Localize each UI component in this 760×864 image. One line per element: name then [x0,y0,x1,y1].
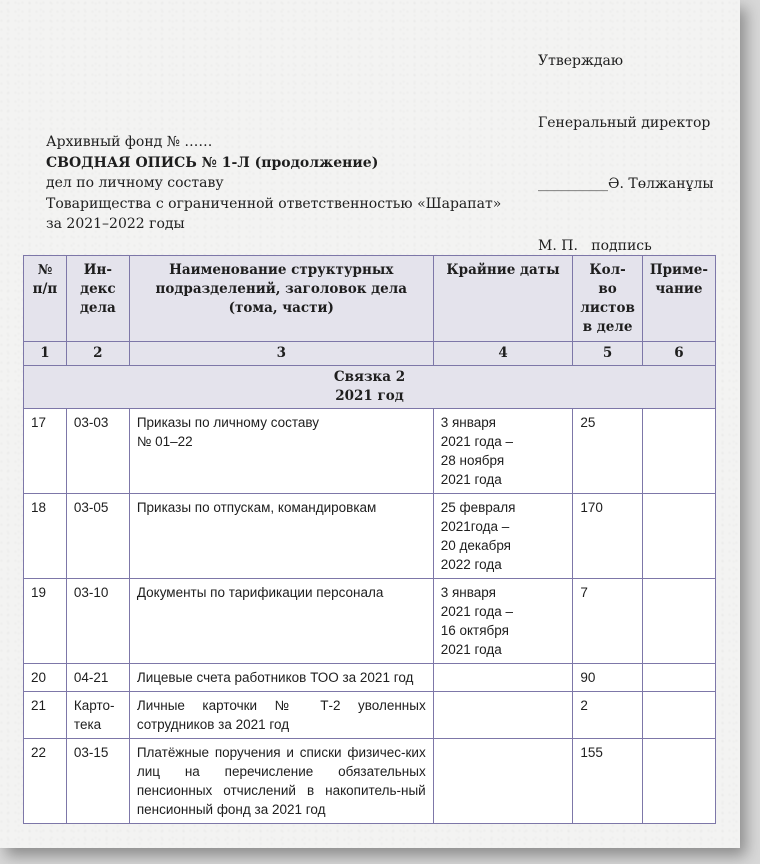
cell-index: 03-03 [66,409,129,494]
cell-title: Платёжные поручения и списки физичес-ких… [129,739,433,824]
cell-sheets: 155 [573,739,643,824]
header-title: Наименование структурныхподразделений, з… [129,256,433,342]
bundle-year: 2021 год [26,387,713,406]
header-index: Ин-дексдела [66,256,129,342]
inventory-table: №п/п Ин-дексдела Наименование структурны… [23,255,716,824]
cell-sheets: 25 [573,409,643,494]
cell-dates: 3 января 2021 года – 16 октября 2021 год… [433,579,573,664]
table-row: 21Карто- текаЛичные карточки № Т-2 уволе… [24,692,716,739]
cell-sheets: 7 [573,579,643,664]
column-number-row: 1 2 3 4 5 6 [24,342,716,366]
cell-num: 19 [24,579,67,664]
cell-title: Приказы по отпускам, командировкам [129,494,433,579]
cell-index: 03-15 [66,739,129,824]
cell-sheets: 2 [573,692,643,739]
cell-num: 22 [24,739,67,824]
column-number: 6 [642,342,715,366]
cell-num: 21 [24,692,67,739]
cell-index: 03-05 [66,494,129,579]
subtitle: дел по личному составу [46,173,501,194]
cell-note [642,494,715,579]
cell-title: Лицевые счета работников ТОО за 2021 год [129,664,433,692]
header-num: №п/п [24,256,67,342]
approval-line: Генеральный директор [538,113,714,134]
approval-line: Утверждаю [538,51,714,72]
cell-note [642,692,715,739]
column-number: 5 [573,342,643,366]
column-number: 4 [433,342,573,366]
period: за 2021–2022 годы [46,214,501,235]
cell-num: 17 [24,409,67,494]
fund-number: Архивный фонд № …… [46,132,501,153]
table-row: 1803-05Приказы по отпускам, командировка… [24,494,716,579]
header-sheets: Кол-волистовв деле [573,256,643,342]
table-row: 2004-21Лицевые счета работников ТОО за 2… [24,664,716,692]
approval-line: __________Ә. Төлжанұлы [538,174,714,195]
table-row: 1703-03Приказы по личному составу № 01–2… [24,409,716,494]
cell-dates: 25 февраля 2021года – 20 декабря 2022 го… [433,494,573,579]
document-heading: Архивный фонд № …… СВОДНАЯ ОПИСЬ № 1-Л (… [46,132,501,235]
cell-dates [433,739,573,824]
column-number: 3 [129,342,433,366]
cell-index: 03-10 [66,579,129,664]
cell-note [642,579,715,664]
bundle-row: Связка 2 2021 год [24,366,716,409]
document-title: СВОДНАЯ ОПИСЬ № 1-Л (продолжение) [46,153,501,174]
table-row: 2203-15Платёжные поручения и списки физи… [24,739,716,824]
column-number: 2 [66,342,129,366]
cell-dates [433,664,573,692]
cell-dates [433,692,573,739]
cell-sheets: 90 [573,664,643,692]
cell-index: 04-21 [66,664,129,692]
header-dates: Крайние даты [433,256,573,342]
header-row: №п/п Ин-дексдела Наименование структурны… [24,256,716,342]
bundle-name: Связка 2 [26,368,713,387]
approval-line: М. П. подпись [538,236,714,257]
cell-note [642,409,715,494]
cell-note [642,664,715,692]
cell-num: 20 [24,664,67,692]
cell-index: Карто- тека [66,692,129,739]
cell-title: Личные карточки № Т-2 уволенных сотрудни… [129,692,433,739]
table-row: 1903-10Документы по тарификации персонал… [24,579,716,664]
cell-num: 18 [24,494,67,579]
column-number: 1 [24,342,67,366]
cell-title: Приказы по личному составу № 01–22 [129,409,433,494]
cell-note [642,739,715,824]
cell-sheets: 170 [573,494,643,579]
bundle-label: Связка 2 2021 год [24,366,716,409]
organization: Товарищества с ограниченной ответственно… [46,194,501,215]
header-note: Приме-чание [642,256,715,342]
document-page: Утверждаю Генеральный директор _________… [0,0,740,848]
cell-title: Документы по тарификации персонала [129,579,433,664]
cell-dates: 3 января 2021 года – 28 ноября 2021 года [433,409,573,494]
